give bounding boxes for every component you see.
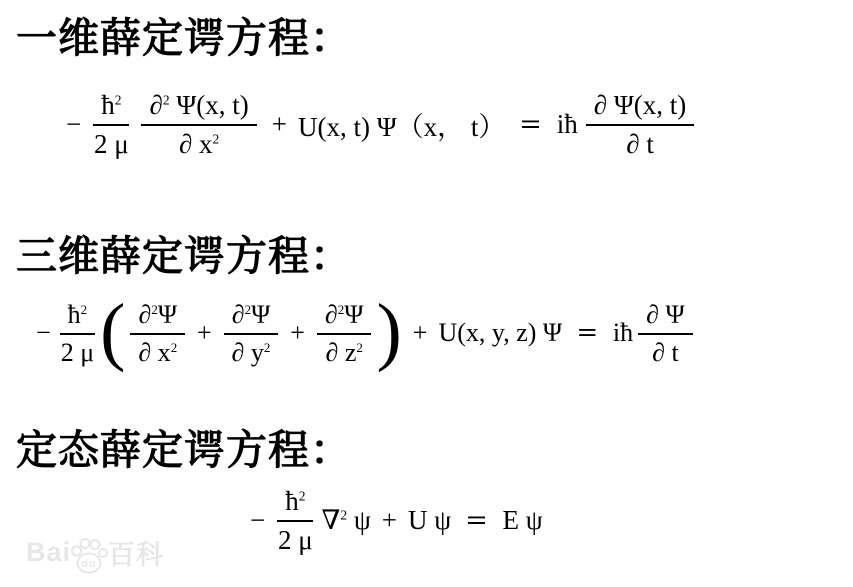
formula-1d-schrodinger: − ħ2 2 μ ∂2 Ψ(x, t) ∂ x2 + U(x, t) Ψ（x， … <box>66 82 700 166</box>
superscript-2: 2 <box>163 93 170 108</box>
i-hbar: iħ <box>613 318 633 348</box>
psi-symbol: Ψ <box>344 300 363 329</box>
e-psi-term: E ψ <box>503 505 543 536</box>
minus-sign: − <box>66 109 81 140</box>
superscript-2: 2 <box>81 302 88 317</box>
fraction-numerator: ∂2Ψ <box>224 298 279 335</box>
fraction-d2psi-dz2: ∂2Ψ ∂ z2 <box>317 298 372 368</box>
fraction-denominator: ∂ x2 <box>138 335 177 368</box>
u-psi-term: U ψ <box>408 505 451 536</box>
superscript-2: 2 <box>356 340 363 355</box>
partial-symbol: ∂ <box>232 300 245 329</box>
minus-sign: − <box>36 318 51 348</box>
laplacian-psi-term: ∇2 ψ <box>321 505 370 536</box>
fraction-d2psi-dy2: ∂2Ψ ∂ y2 <box>224 298 279 368</box>
fraction-denominator: ∂ t <box>652 335 679 368</box>
i-hbar: iħ <box>557 109 578 140</box>
superscript-2: 2 <box>264 340 271 355</box>
superscript-2: 2 <box>115 93 122 108</box>
partial-x: ∂ x <box>179 129 213 159</box>
fraction-denominator: ∂ y2 <box>232 335 271 368</box>
fraction-denominator: ∂ t <box>626 126 654 160</box>
fraction-hbar2-over-2mu: ħ2 2 μ <box>277 484 313 556</box>
watermark-bai-text: Bai <box>26 537 71 568</box>
minus-sign: − <box>250 505 265 536</box>
hbar-symbol: ħ <box>101 90 115 120</box>
plus-sign: + <box>382 505 397 536</box>
superscript-2: 2 <box>213 132 220 147</box>
section-title-3d: 三维薛定谔方程： <box>16 234 352 279</box>
baidu-baike-watermark: Bai du 百科 <box>26 533 164 572</box>
plus-sign: + <box>413 318 428 348</box>
left-parenthesis: ( <box>100 299 125 364</box>
fraction-hbar2-over-2mu: ħ2 2 μ <box>60 298 96 368</box>
fraction-numerator: ħ2 <box>277 484 313 522</box>
fraction-denominator: 2 μ <box>278 522 313 556</box>
fraction-numerator: ∂ Ψ <box>638 298 693 335</box>
potential-term: U(x, t) Ψ（x， t） <box>298 105 505 144</box>
equals-sign: = <box>521 109 542 140</box>
baidu-paw-icon: du <box>69 537 109 575</box>
psi-symbol: Ψ <box>251 300 270 329</box>
superscript-2: 2 <box>171 340 178 355</box>
psi-symbol: ψ <box>347 505 371 535</box>
hbar-symbol: ħ <box>68 300 81 329</box>
plus-sign: + <box>290 318 305 348</box>
fraction-dpsi-dt: ∂ Ψ(x, t) ∂ t <box>586 88 695 160</box>
partial-symbol: ∂ <box>149 90 162 120</box>
equals-sign: = <box>577 318 597 348</box>
section-title-stationary: 定态薛定谔方程： <box>16 428 352 473</box>
fraction-numerator: ∂2 Ψ(x, t) <box>141 88 256 126</box>
fraction-numerator: ħ2 <box>60 298 96 335</box>
fraction-hbar2-over-2mu: ħ2 2 μ <box>93 88 129 160</box>
fraction-denominator: 2 μ <box>61 335 94 368</box>
psi-xt: Ψ(x, t) <box>170 90 249 120</box>
right-parenthesis: ) <box>376 299 401 364</box>
partial-x: ∂ x <box>138 338 170 367</box>
superscript-2: 2 <box>299 489 306 504</box>
plus-sign: + <box>272 109 287 140</box>
psi-symbol: Ψ <box>158 300 177 329</box>
section-title-1d: 一维薛定谔方程： <box>16 16 352 61</box>
partial-y: ∂ y <box>232 338 264 367</box>
nabla-symbol: ∇ <box>321 505 340 535</box>
partial-z: ∂ z <box>326 338 357 367</box>
watermark-baike-text: 百科 <box>108 533 164 572</box>
fraction-denominator: ∂ z2 <box>326 335 363 368</box>
potential-term: U(x, y, z) Ψ <box>438 318 562 348</box>
fraction-dpsi-dt: ∂ Ψ ∂ t <box>638 298 693 368</box>
equals-sign: = <box>466 505 487 536</box>
fraction-denominator: 2 μ <box>94 126 129 160</box>
formula-3d-schrodinger: − ħ2 2 μ ( ∂2Ψ ∂ x2 + ∂2Ψ ∂ y2 + ∂2Ψ ∂ z… <box>36 290 696 376</box>
fraction-numerator: ∂2Ψ <box>317 298 372 335</box>
fraction-d2psi-dx2: ∂2 Ψ(x, t) ∂ x2 <box>141 88 256 160</box>
watermark-du-text: du <box>81 558 96 570</box>
partial-symbol: ∂ <box>325 300 338 329</box>
formula-stationary-schrodinger: − ħ2 2 μ ∇2 ψ + U ψ = E ψ <box>250 480 545 560</box>
partial-symbol: ∂ <box>138 300 151 329</box>
fraction-numerator: ∂2Ψ <box>130 298 185 335</box>
fraction-numerator: ∂ Ψ(x, t) <box>586 88 695 126</box>
plus-sign: + <box>197 318 212 348</box>
fraction-d2psi-dx2: ∂2Ψ ∂ x2 <box>130 298 185 368</box>
fraction-numerator: ħ2 <box>93 88 129 126</box>
hbar-symbol: ħ <box>285 486 299 516</box>
fraction-denominator: ∂ x2 <box>179 126 219 160</box>
